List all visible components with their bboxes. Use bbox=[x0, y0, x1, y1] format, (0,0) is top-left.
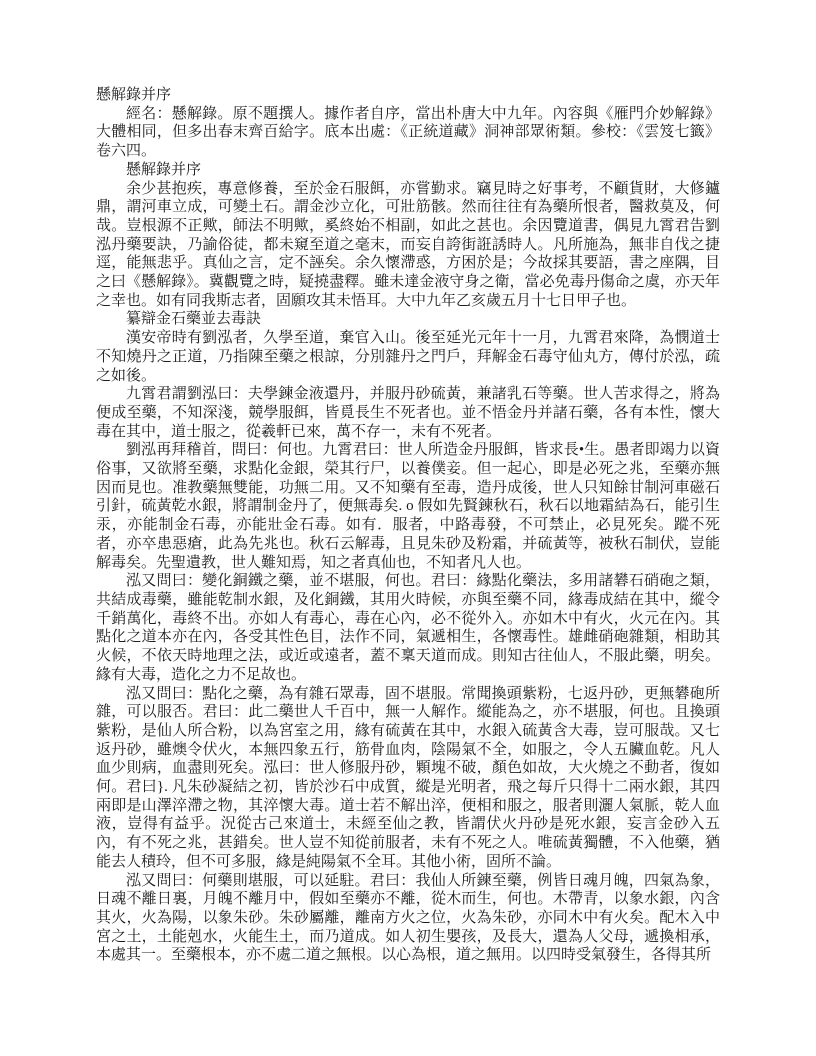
section-heading-preface: 懸解錄并序 bbox=[96, 161, 720, 180]
paragraph-first-question: 劉泓再拜稽首，問曰：何也。九霄君曰：世人所造金丹服餌，皆求長•生。愚者即竭力以資… bbox=[96, 441, 720, 572]
document-page: 懸解錄并序 經名：懸解錄。原不題撰人。據作者自序，當出朴唐大中九年。內容與《雁門… bbox=[96, 86, 720, 965]
paragraph-bibliographic-note: 經名：懸解錄。原不題撰人。據作者自序，當出朴唐大中九年。內容與《雁門介妙解錄》大… bbox=[96, 105, 720, 161]
section-heading-detox-formula: 纂辯金石藥並去毒訣 bbox=[96, 310, 720, 329]
paragraph-fourth-question: 泓又問曰：何藥則堪服，可以延駐。君曰：我仙人所鍊至藥，例皆日魂月魄，四氣為象，日… bbox=[96, 872, 720, 966]
paragraph-third-question: 泓又問曰：點化之藥，為有雜石眾毒，固不堪服。常聞換頭紫粉，七返丹砂，更無礬砲所雜… bbox=[96, 685, 720, 872]
paragraph-preface-body: 余少甚抱疾，專意修養，至於金石服餌，亦嘗勤求。竊見時之好事考，不顧貨財，大修鑪鼎… bbox=[96, 180, 720, 311]
document-title: 懸解錄并序 bbox=[96, 86, 720, 105]
paragraph-second-question: 泓又問曰：變化銅鐵之藥，並不堪服，何也。君曰：緣點化藥法，多用諸礬石硝砲之類，共… bbox=[96, 572, 720, 684]
paragraph-liu-hong-intro: 漢安帝時有劉泓者，久學至道，棄官入山。後至延光元年十一月，九霄君來降，為憫道士不… bbox=[96, 329, 720, 385]
paragraph-jiuxiao-speech: 九霄君謂劉泓曰：夫學鍊金液還丹，并服丹砂硫黃，兼諸乳石等藥。世人苦求得之，將為便… bbox=[96, 385, 720, 441]
